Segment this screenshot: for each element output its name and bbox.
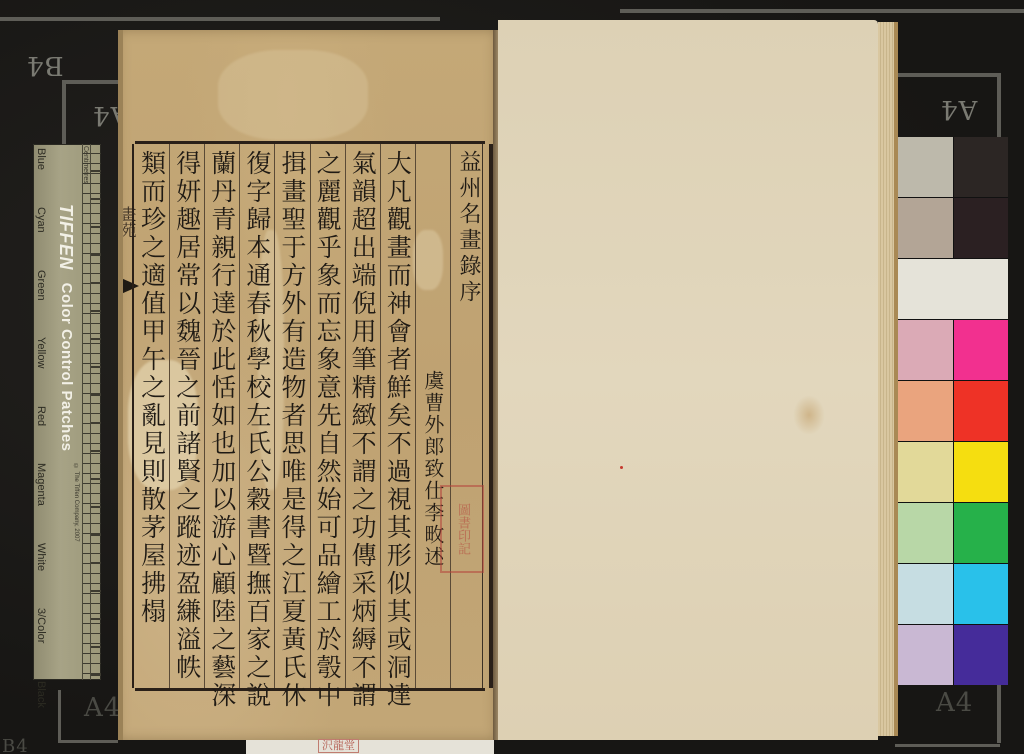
ruler-label-blue: Blue [35,148,47,170]
guide-label-a4-top-right: A4 [940,94,977,124]
ruler-title: Color Control Patches [58,283,75,452]
column-text-7: 得妍趣居常以魏晉之前諸賢之蹤迹盈縑溢帙 [169,144,204,688]
ruler-label-3color: 3/Color [35,608,47,643]
ruler-copyright: © The Tiffen Company, 2007 [73,464,79,542]
guide-line-bottom-left [58,740,118,743]
color-patch-red [954,381,1009,441]
ruler-color-labels: Blue Cyan Green Yellow Red Magenta White… [35,148,47,742]
guide-label-b4-top: B4 [26,50,64,80]
ruler-label-white: White [35,543,47,571]
color-patch-dark-brown [954,198,1009,258]
color-patch-light-gray [898,137,953,197]
ruler-unit-cm: Centimetres [82,146,89,184]
color-patch-lavender [898,625,953,685]
right-page-blank [498,20,878,740]
ruler-brand: TIFFEN Color Control Patches [55,204,76,452]
guide-line-a4-left-v [62,80,66,144]
column-text-5: 復字歸本通春秋學校左氏公穀書暨撫百家之說 [239,144,274,688]
ruler-label-green: Green [35,270,47,301]
color-patch-pale-yellow [898,442,953,502]
page-edges [878,22,898,736]
ruler-label-yellow: Yellow [35,337,47,368]
guide-line-a4-right-h [880,73,1000,77]
color-patch-pale-cyan [898,564,953,624]
guide-line-a4-left-h [62,80,118,84]
bottom-stamp: 沢龍堂 [318,739,359,753]
text-frame: 益州名畫錄序 虞曹外郎致仕李畋述 大凡觀畫而神會者鮮矣不過視其形似其或洞達 氣韻… [135,141,485,691]
left-page-printed: 畫苑 益州名畫錄序 虞曹外郎致仕李畋述 大凡觀畫而神會者鮮矣不過視其形似其或洞達… [118,30,496,740]
foxing-stain [793,395,825,435]
column-text-2: 氣韻超出端倪用筆精緻不謂之功傳采炳縟不謂 [345,144,380,688]
column-text-1: 大凡觀畫而神會者鮮矣不過視其形似其或洞達 [380,144,415,688]
column-author: 虞曹外郎致仕李畋述 [415,144,450,688]
red-dot-mark [620,466,623,469]
guide-line-bottom-right [895,744,1000,747]
column-text-4: 揖畫聖于方外有造物者思唯是得之江夏黃氏休 [274,144,309,688]
tiffen-logo: TIFFEN [55,204,76,270]
ruler-label-magenta: Magenta [35,463,47,506]
ruler-label-black: Black [35,681,47,708]
color-patch-green [954,503,1009,563]
color-patch-yellow [954,442,1009,502]
color-patch-white [898,259,1008,319]
bottom-label-slip: 沢龍堂 [246,740,494,754]
column-text-3: 之麗觀乎象而忘象意先自然始可品繪工於彀中 [310,144,345,688]
ruler-label-cyan: Cyan [35,207,47,233]
column-text-8: 類而珍之適值甲午之亂見則散茅屋拂榻 [135,144,169,688]
color-patch-warm-gray [898,198,953,258]
color-patch-peach [898,381,953,441]
guide-label-a4-bottom-left: A4 [84,693,121,723]
ruler-inch-ticks [90,144,101,680]
stain [218,50,368,140]
color-patch-magenta [954,320,1009,380]
tiffen-ruler: Centimetres Blue Cyan Green Yellow Red M… [33,144,101,680]
color-patch-dark-gray [954,137,1009,197]
guide-label-a4-bottom-right: A4 [936,688,973,718]
frame-border-left [132,144,134,688]
color-patch-cyan [954,564,1009,624]
guide-line-top [0,17,440,21]
guide-line-bottom-left-v [58,690,61,742]
book-title: 益州名畫錄序 [457,144,479,688]
color-patch-violet [954,625,1009,685]
column-text-6: 蘭丹青親行達於此恬如也加以游心顧陸之藝深 [204,144,239,688]
red-seal-stamp: 圖書印記 [440,485,484,573]
ruler-label-red: Red [35,406,47,426]
text-columns: 益州名畫錄序 虞曹外郎致仕李畋述 大凡觀畫而神會者鮮矣不過視其形似其或洞達 氣韻… [135,144,485,688]
color-patch-strip [898,137,1008,685]
guide-line-top-right [620,9,1024,13]
column-title: 益州名畫錄序 [450,144,485,688]
color-patch-pale-pink [898,320,953,380]
guide-label-b4-bottom: B4 [2,736,29,754]
color-patch-pale-green [898,503,953,563]
